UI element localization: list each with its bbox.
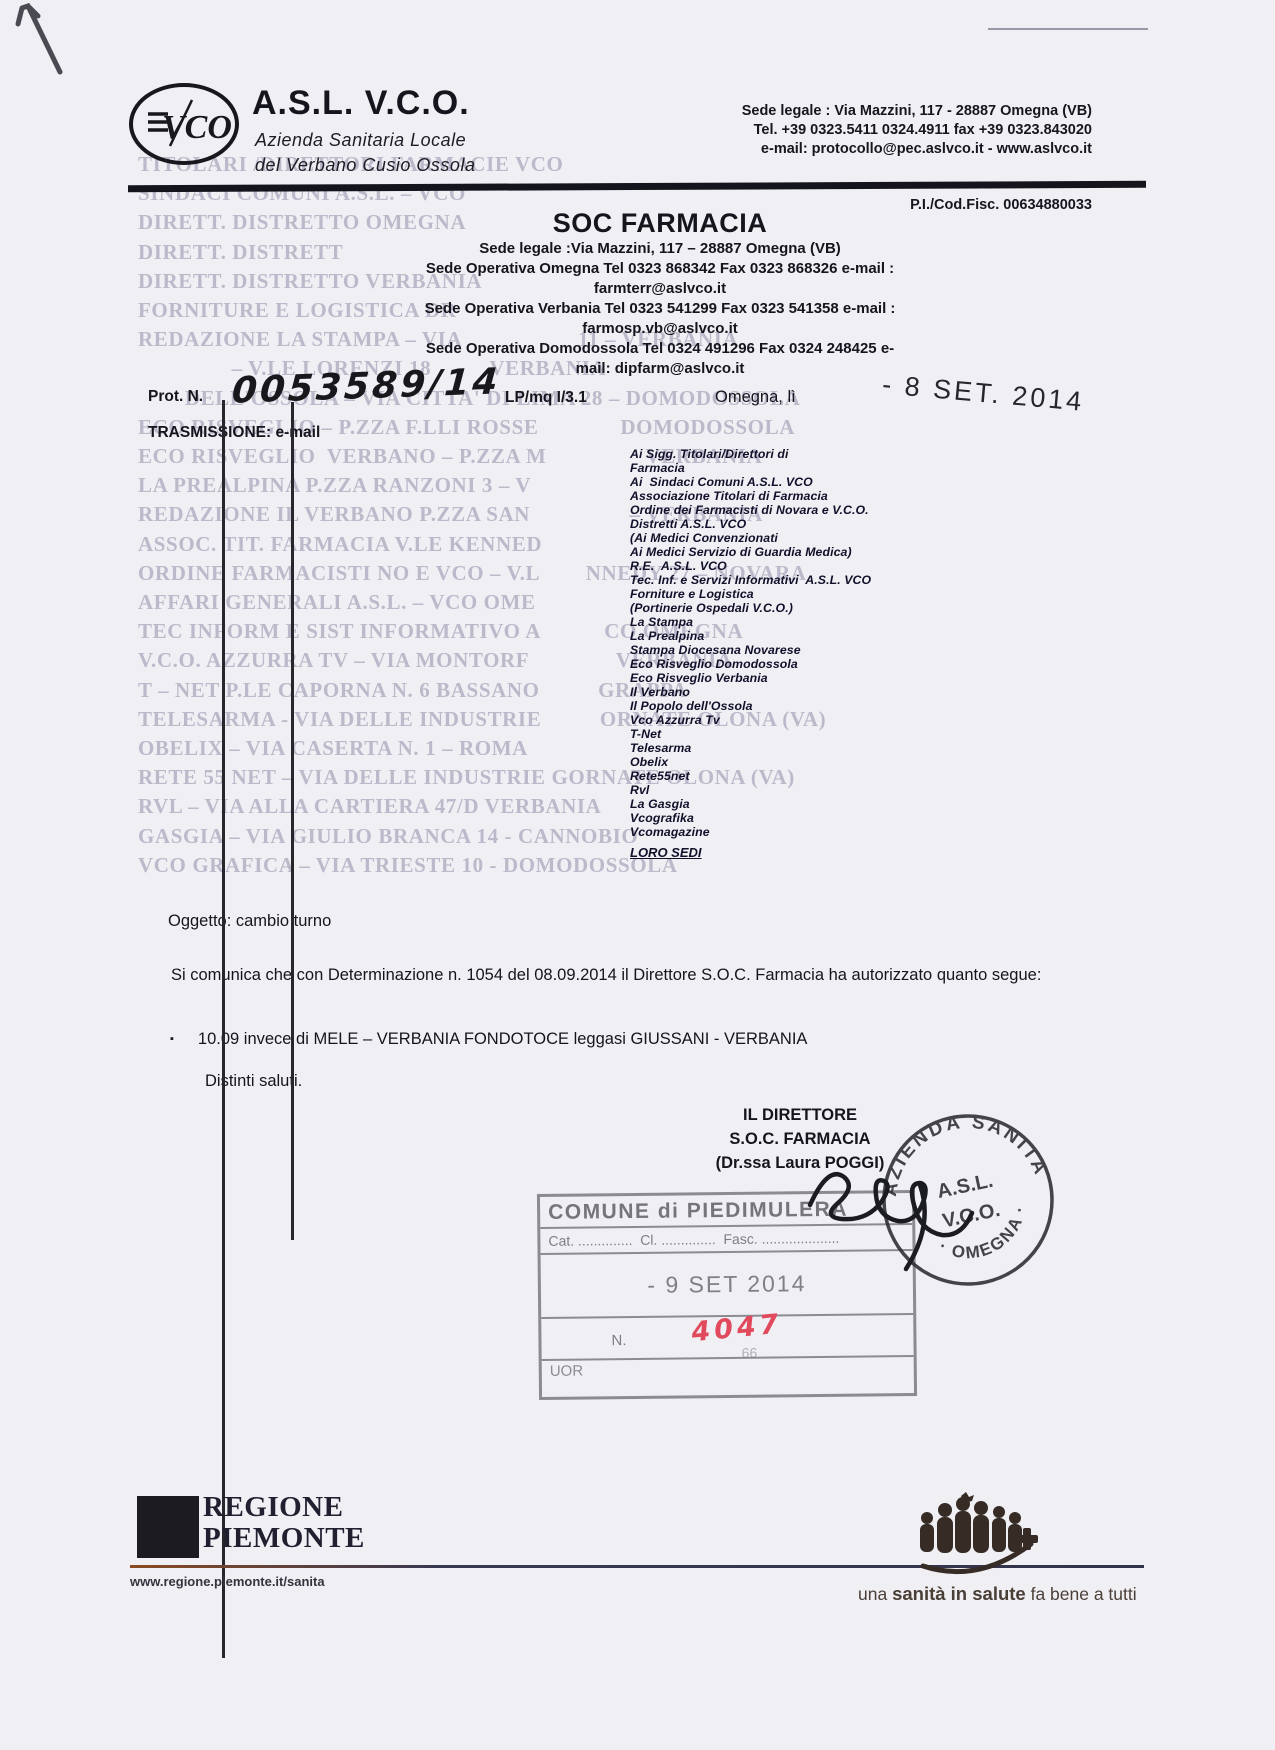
recipient-line: Eco Risveglio Domodossola (630, 657, 871, 671)
recipient-line: Obelix (630, 755, 871, 769)
soc-line: Sede Operativa Verbania Tel 0323 541299 … (300, 299, 1020, 319)
addr-line: Sede legale : Via Mazzini, 117 - 28887 O… (620, 102, 1092, 121)
regione-line-2: PIEMONTE (203, 1523, 365, 1554)
comune-stamp-faint-mark: 66 (742, 1345, 758, 1361)
addr-line: Tel. +39 0323.5411 0324.4911 fax +39 032… (620, 121, 1092, 140)
regione-line-1: REGIONE (203, 1492, 365, 1523)
recipient-line: Ai Sigg. Titolari/Direttori di (630, 447, 871, 461)
recipient-line: Distretti A.S.L. VCO (630, 517, 871, 531)
slogan-post: fa bene a tutti (1026, 1584, 1137, 1604)
comune-stamp-number-row: N. 4047 66 (541, 1315, 913, 1361)
recipient-line: Rete55net (630, 769, 871, 783)
recipient-line: (Portinerie Ospedali V.C.O.) (630, 601, 871, 615)
recipient-line: Tec. Inf. e Servizi Informativi A.S.L. V… (630, 573, 871, 587)
bullet-icon: ▪ (170, 1033, 174, 1045)
staple-mark (8, 2, 78, 87)
regione-piemonte-logo-text: REGIONE PIEMONTE (203, 1492, 365, 1554)
recipient-line: La Stampa (630, 615, 871, 629)
subject-line: Oggetto: cambio turno (168, 912, 331, 931)
recipient-line: T-Net (630, 727, 871, 741)
comune-stamp-n-label: N. (611, 1332, 626, 1349)
recipient-line: Stampa Diocesana Novarese (630, 643, 871, 657)
comune-stamp-uor: UOR (542, 1357, 914, 1382)
recipient-line: Ai Medici Servizio di Guardia Medica) (630, 545, 871, 559)
addr-line: e-mail: protocollo@pec.aslvco.it - www.a… (620, 140, 1092, 159)
bullet-text: 10.09 invece di MELE – VERBANIA FONDOTOC… (198, 1030, 808, 1048)
org-title: A.S.L. V.C.O. (252, 84, 470, 123)
soc-line: farmterr@aslvco.it (300, 279, 1020, 299)
recipient-line: Ordine dei Farmacisti di Novara e V.C.O. (630, 503, 871, 517)
recipient-line: Telesarma (630, 741, 871, 755)
prot-code: LP/mq I/3.1 (505, 389, 587, 407)
recipient-line: Il Popolo dell'Ossola (630, 699, 871, 713)
handwritten-signature (790, 1130, 1010, 1280)
soc-farmacia-block: SOC FARMACIA Sede legale :Via Mazzini, 1… (300, 208, 1020, 379)
scanned-letter-page: TITOLARI /DIRETTORI FARMACIE VCOSINDACI … (0, 0, 1275, 1750)
regione-piemonte-square-icon (137, 1496, 199, 1558)
recipient-line: Eco Risveglio Verbania (630, 671, 871, 685)
scan-line-top (988, 28, 1148, 30)
asl-vco-logo-icon: VCO (126, 80, 242, 168)
recipient-line: R.E. A.S.L. VCO (630, 559, 871, 573)
recipient-line: Vcomagazine (630, 825, 871, 839)
recipient-line: Associazione Titolari di Farmacia (630, 489, 871, 503)
prot-label: Prot. N. (148, 388, 203, 406)
recipient-line: Vco Azzurra Tv (630, 713, 871, 727)
sanita-in-salute-people-icon (905, 1492, 1055, 1582)
org-subtitle-1: Azienda Sanitaria Locale (255, 130, 466, 151)
recipient-line: Rvl (630, 783, 871, 797)
closing-line: Distinti saluti. (205, 1072, 302, 1091)
recipients-list: Ai Sigg. Titolari/Direttori diFarmaciaAi… (630, 447, 871, 839)
scan-line-vertical-2 (291, 402, 294, 1240)
footer-slogan: una sanità in salute fa bene a tutti (858, 1583, 1137, 1605)
recipient-line: Ai Sindaci Comuni A.S.L. VCO (630, 475, 871, 489)
soc-title: SOC FARMACIA (300, 208, 1020, 239)
footer-url: www.regione.piemonte.it/sanita (130, 1574, 325, 1589)
recipient-line: La Prealpina (630, 629, 871, 643)
slogan-pre: una (858, 1584, 892, 1604)
recipient-line: (Ai Medici Convenzionati (630, 531, 871, 545)
org-subtitle-2: del Verbano Cusio Ossola (255, 155, 475, 176)
transmission: TRASMISSIONE: e-mail (148, 424, 320, 442)
recipient-line: Vcografika (630, 811, 871, 825)
soc-line: Sede legale :Via Mazzini, 117 – 28887 Om… (300, 239, 1020, 259)
legal-address-block: Sede legale : Via Mazzini, 117 - 28887 O… (620, 102, 1092, 159)
place-date: Omegna, lì (715, 388, 796, 407)
recipient-line: La Gasgia (630, 797, 871, 811)
scan-line-vertical-1 (222, 400, 225, 1658)
soc-line: Sede Operativa Omegna Tel 0323 868342 Fa… (300, 259, 1020, 279)
bullet-item: ▪10.09 invece di MELE – VERBANIA FONDOTO… (170, 1030, 807, 1049)
loro-sedi: LORO SEDI (630, 845, 702, 860)
recipient-line: Farmacia (630, 461, 871, 475)
soc-line: Sede Operativa Domodossola Tel 0324 4912… (300, 339, 1020, 359)
recipient-line: Il Verbano (630, 685, 871, 699)
slogan-bold: sanità in salute (892, 1583, 1026, 1604)
soc-line: farmosp.vb@aslvco.it (300, 319, 1020, 339)
body-paragraph: Si comunica che con Determinazione n. 10… (133, 962, 1149, 989)
recipient-line: Forniture e Logistica (630, 587, 871, 601)
